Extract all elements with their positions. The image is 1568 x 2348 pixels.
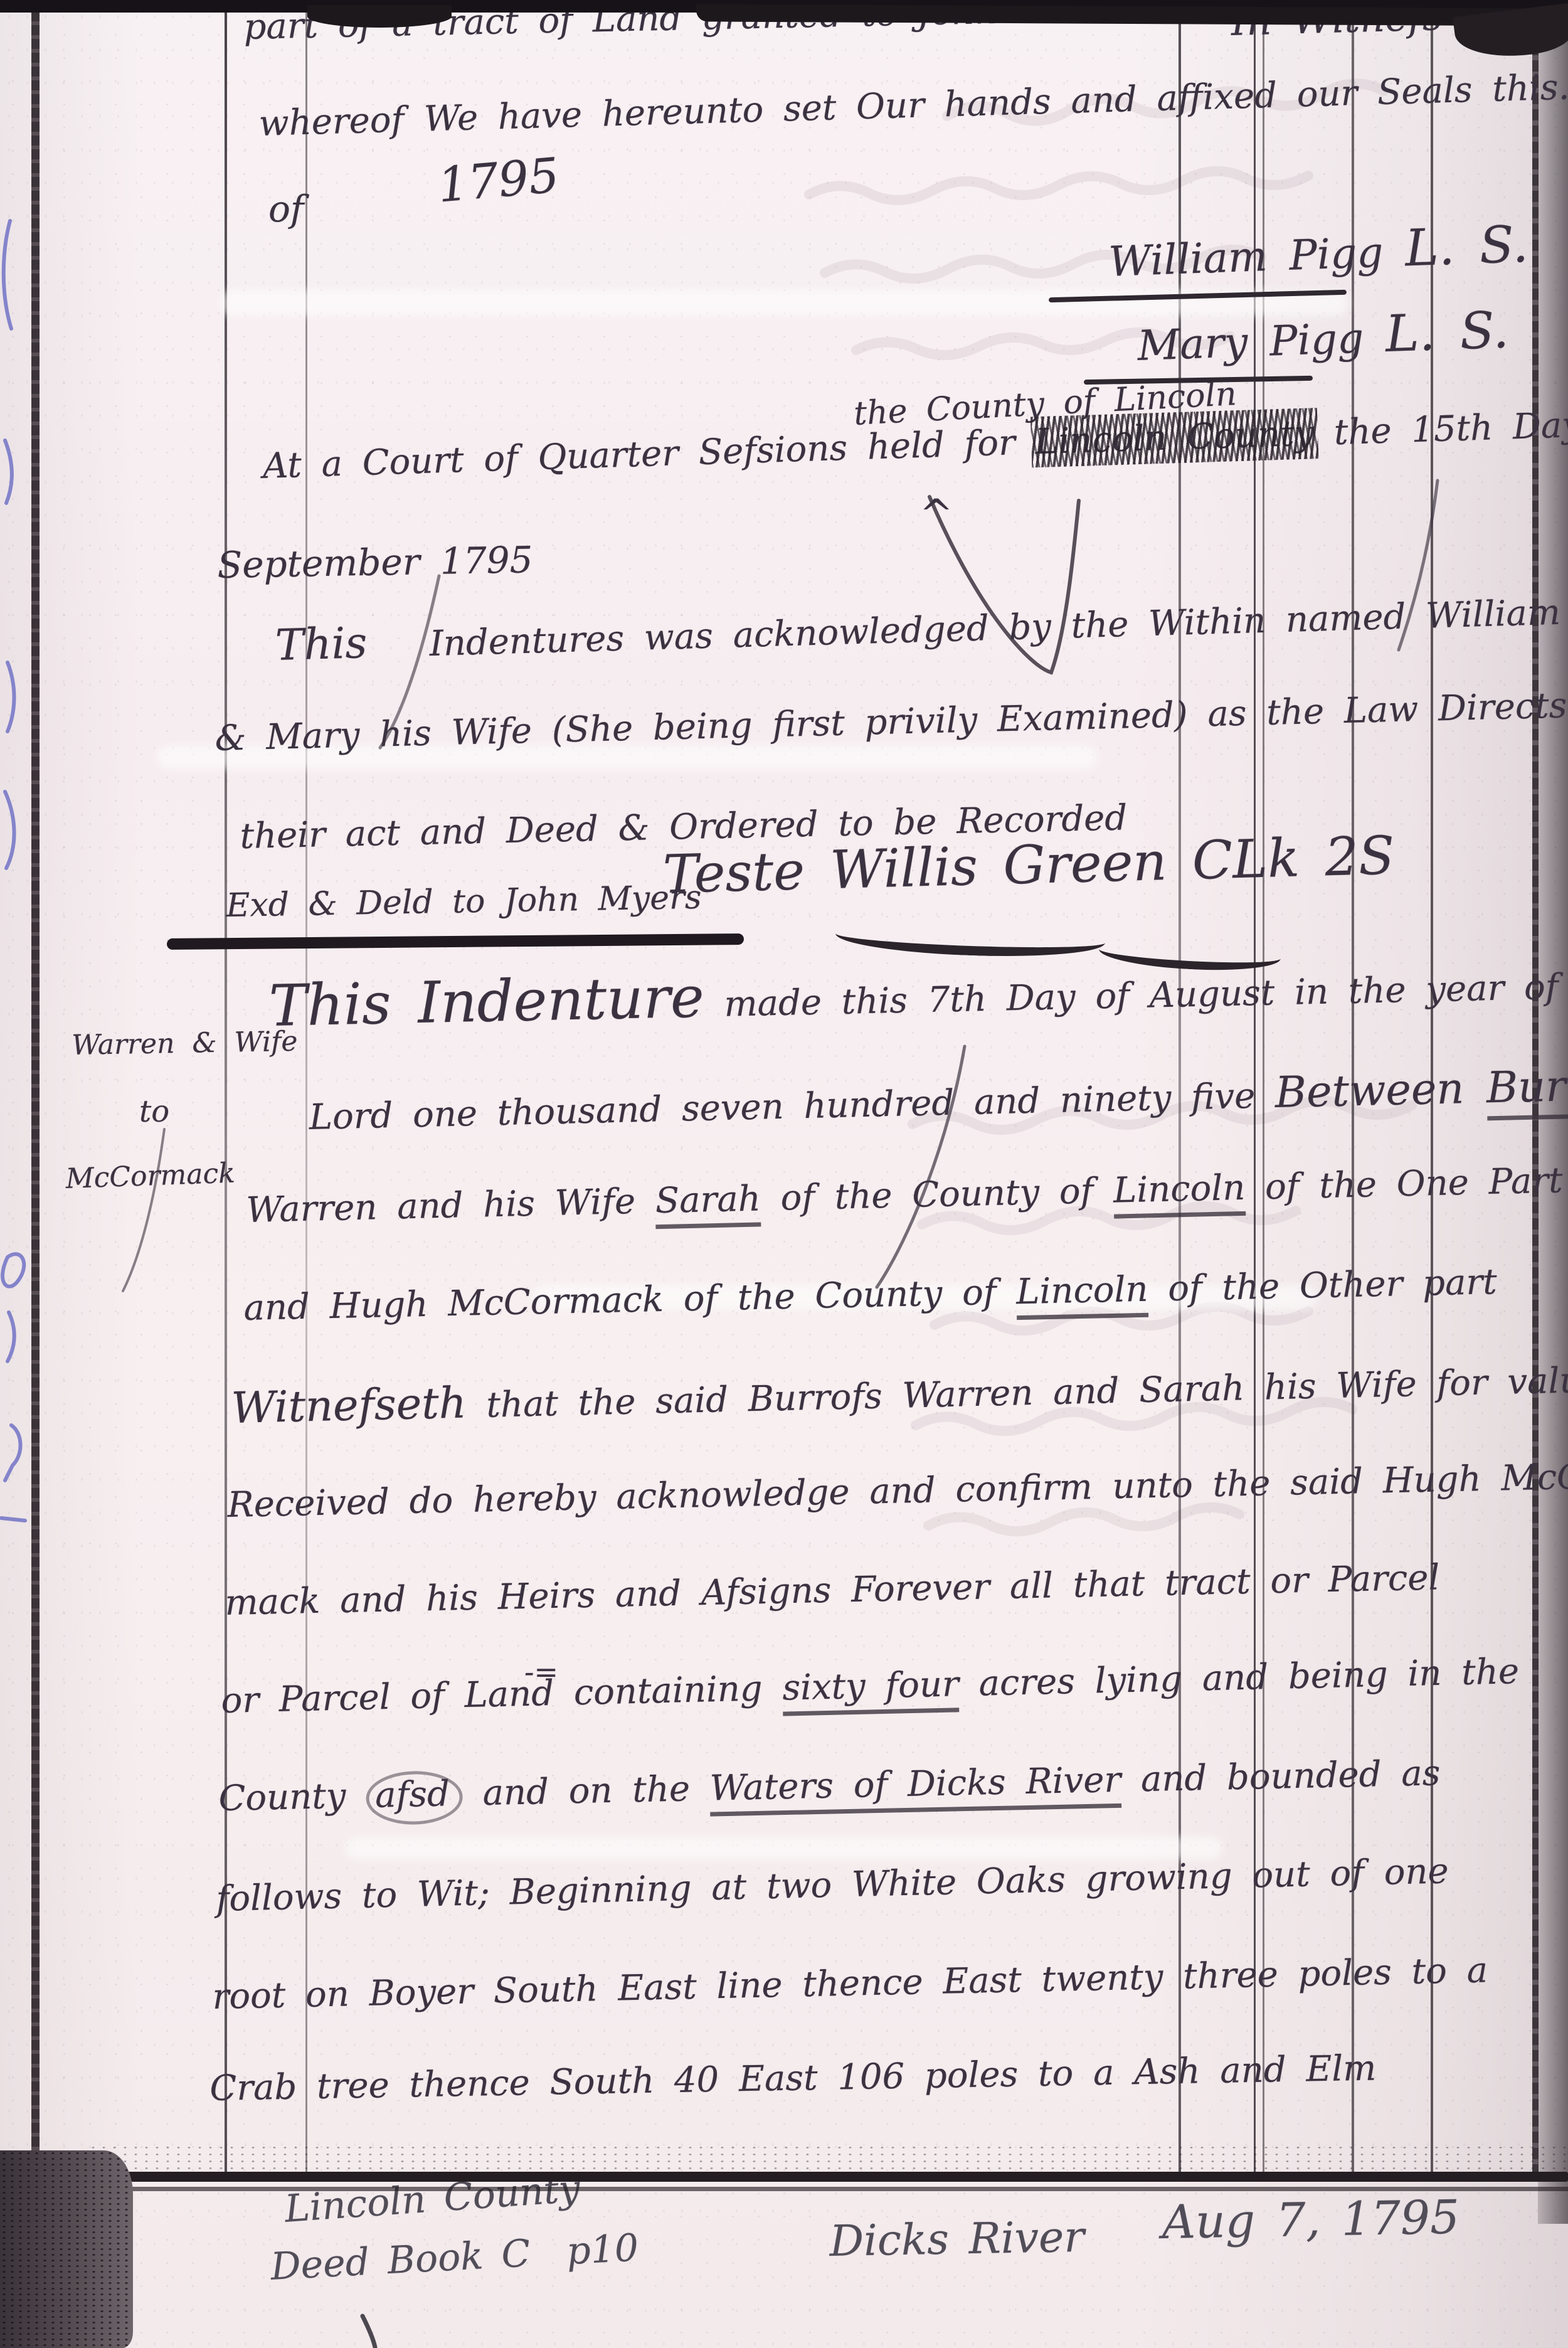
page-bottom-border-2 [132,2187,1568,2191]
note-date: Aug 7, 1795 [1162,2194,1460,2246]
line-year-1795: 1795 [436,151,561,210]
deed-line-4: and Hugh McCormack of the County of Linc… [243,1265,1497,1326]
line-september: September 1795 [217,541,533,583]
deed-line-2: Lord one thousand seven hundred and nine… [309,1063,1568,1137]
flourish-underline [835,916,1106,960]
scanned-deed-page: part of a tract of Land granted to John … [0,0,1568,2348]
scanner-streak [345,1837,1223,1859]
cut-off-pen-stroke [363,2316,375,2347]
scan-edge-top-bump [307,5,452,28]
deed-line-8: or Parcel of Land containing sixty four … [221,1654,1520,1719]
line-exd: Exd & Deld to John Myers [226,881,702,922]
margin-mccormack: McCormack [65,1160,236,1193]
line-whereof: whereof We have hereunto set Our hands a… [258,65,1568,142]
deed-line-9: County afsd and on the Waters of Dicks R… [218,1756,1441,1817]
page-bottom-border [33,2172,1568,2182]
deed-line-11: root on Boyer South East line thence Eas… [212,1953,1488,2015]
deed-line-1: This Indenture made this 7th Day of Augu… [268,950,1568,1036]
line-acknowledged: This Indentures was acknowledged by the … [275,586,1568,667]
margin-warren-wife: Warren & Wife [72,1028,298,1060]
ink-blot-corner-texture [0,2150,133,2348]
ledger-rule-vertical [31,11,40,2177]
ledger-rule-vertical [225,11,227,2177]
deed-line-7: mack and his Heirs and Afsigns Forever a… [225,1560,1440,1621]
page-bottom-speckle-band [88,2144,1568,2173]
line-of: of [268,191,304,227]
caret-mark: ^ [919,494,953,534]
signature-william-pigg: William Pigg L. S. [1108,219,1529,284]
ledger-rule-vertical [305,11,307,2177]
blue-pen-marks [1,221,25,1521]
note-deed-book: Deed Book C p10 [270,2229,640,2286]
deed-line-3: Warren and his Wife Sarah of the County … [246,1163,1563,1228]
heavy-strike-line [167,933,744,950]
deed-line-6: Received do hereby acknowledge and confi… [227,1458,1568,1523]
note-dicks-river: Dicks River [829,2216,1084,2263]
margin-to: to [139,1097,169,1127]
deed-line-12: Crab tree thence South 40 East 106 poles… [209,2051,1377,2106]
deed-line-5: Witnefseth that the said Burrofs Warren … [231,1356,1568,1430]
